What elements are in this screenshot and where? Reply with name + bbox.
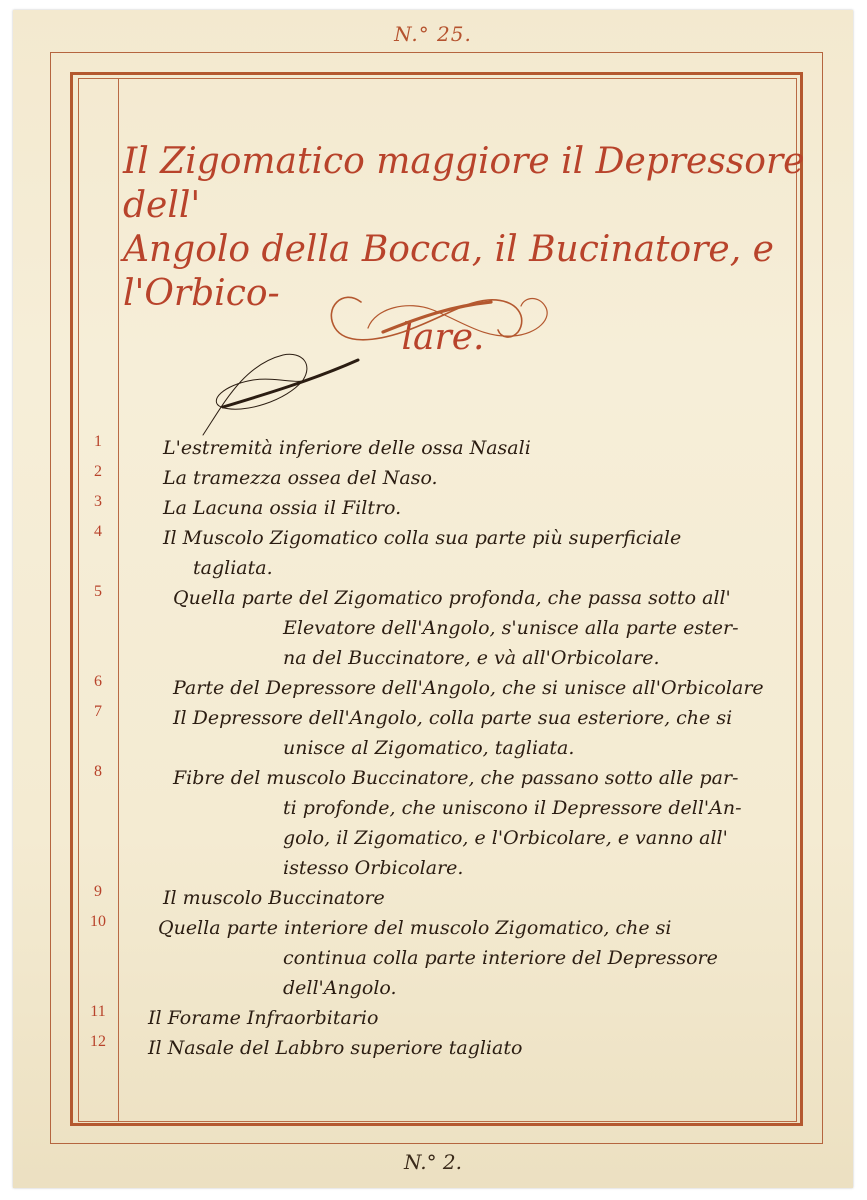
legend-entry-12: 12 Il Nasale del Labbro superiore taglia… — [13, 1033, 853, 1063]
entry-text: L'estremità inferiore delle ossa Nasali — [13, 433, 853, 463]
entry-text: Il Muscolo Zigomatico colla sua parte pi… — [13, 523, 853, 553]
legend-entry-8: 8 Fibre del muscolo Buccinatore, che pas… — [13, 763, 853, 883]
entry-text: Il Nasale del Labbro superiore tagliato — [13, 1033, 853, 1063]
legend-entry-2: 2 La tramezza ossea del Naso. — [13, 463, 853, 493]
entry-text-continued: ti profonde, che uniscono il Depressore … — [13, 793, 853, 823]
entry-text-continued: golo, il Zigomatico, e l'Orbicolare, e v… — [13, 823, 853, 853]
decorative-flourish-icon — [313, 288, 563, 348]
entry-number: 6 — [81, 673, 115, 691]
entry-number: 2 — [81, 463, 115, 481]
entry-text-continued: tagliata. — [13, 553, 853, 583]
entry-text: La tramezza ossea del Naso. — [13, 463, 853, 493]
entry-number: 8 — [81, 763, 115, 781]
entry-text: Parte del Depressore dell'Angolo, che si… — [13, 673, 853, 703]
entry-text-continued: dell'Angolo. — [13, 973, 853, 1003]
legend-entry-3: 3 La Lacuna ossia il Filtro. — [13, 493, 853, 523]
legend-entry-7: 7 Il Depressore dell'Angolo, colla parte… — [13, 703, 853, 763]
entry-text: La Lacuna ossia il Filtro. — [13, 493, 853, 523]
legend-entry-9: 9 Il muscolo Buccinatore — [13, 883, 853, 913]
legend-entry-11: 11 Il Forame Infraorbitario — [13, 1003, 853, 1033]
legend-entry-10: 10 Quella parte interiore del muscolo Zi… — [13, 913, 853, 1003]
entry-text-continued: istesso Orbicolare. — [13, 853, 853, 883]
entry-text: Il Forame Infraorbitario — [13, 1003, 853, 1033]
entry-text: Il muscolo Buccinatore — [13, 883, 853, 913]
entry-text-continued: unisce al Zigomatico, tagliata. — [13, 733, 853, 763]
entry-text: Fibre del muscolo Buccinatore, che passa… — [13, 763, 853, 793]
folio-number-bottom: N.° 2. — [13, 1150, 853, 1174]
entry-number: 7 — [81, 703, 115, 721]
entry-number: 5 — [81, 583, 115, 601]
entry-text: Quella parte interiore del muscolo Zigom… — [13, 913, 853, 943]
legend-entry-6: 6 Parte del Depressore dell'Angolo, che … — [13, 673, 853, 703]
entry-number: 3 — [81, 493, 115, 511]
entry-number: 12 — [81, 1033, 115, 1051]
entry-text: Il Depressore dell'Angolo, colla parte s… — [13, 703, 853, 733]
legend-entry-4: 4 Il Muscolo Zigomatico colla sua parte … — [13, 523, 853, 583]
legend-entry-5: 5 Quella parte del Zigomatico profonda, … — [13, 583, 853, 673]
entry-number: 11 — [81, 1003, 115, 1021]
folio-number-top: N.° 25. — [13, 22, 853, 46]
entry-text: Quella parte del Zigomatico profonda, ch… — [13, 583, 853, 613]
initial-letter-flourish-icon — [163, 345, 363, 445]
manuscript-page: N.° 25. Il Zigomatico maggiore il Depres… — [13, 10, 853, 1188]
title-line-1: Il Zigomatico maggiore il Depressore del… — [123, 141, 804, 226]
entry-text-continued: Elevatore dell'Angolo, s'unisce alla par… — [13, 613, 853, 643]
entry-text-continued: continua colla parte interiore del Depre… — [13, 943, 853, 973]
entry-number: 9 — [81, 883, 115, 901]
entry-number: 1 — [81, 433, 115, 451]
legend-entry-list: 1 L'estremità inferiore delle ossa Nasal… — [13, 433, 853, 1063]
entry-number: 4 — [81, 523, 115, 541]
entry-number: 10 — [81, 913, 115, 931]
entry-text-continued: na del Buccinatore, e và all'Orbicolare. — [13, 643, 853, 673]
legend-entry-1: 1 L'estremità inferiore delle ossa Nasal… — [13, 433, 853, 463]
